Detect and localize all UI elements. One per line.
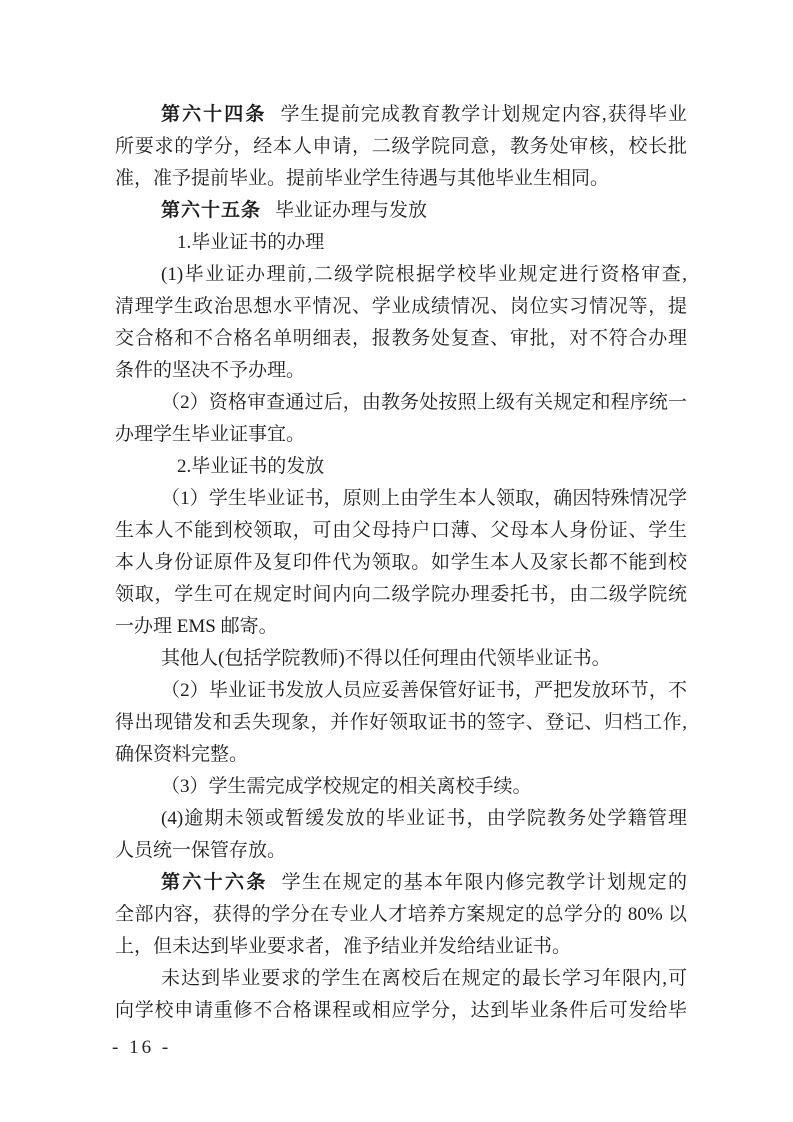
doc-line: 第六十五条毕业证办理与发放 [115, 195, 687, 227]
doc-line: (1)毕业证办理前,二级学院根据学校毕业规定进行资格审查, [115, 259, 687, 291]
doc-line: 条件的坚决不予办理。 [115, 355, 687, 387]
doc-line: 生本人不能到校领取，可由父母持户口薄、父母本人身份证、学生 [115, 515, 687, 547]
doc-line: 全部内容，获得的学分在专业人才培养方案规定的总学分的 80% 以 [115, 899, 687, 931]
article-number: 第六十五条 [161, 200, 261, 221]
doc-line: 1.毕业证书的办理 [115, 227, 687, 259]
doc-line: 准，准予提前毕业。提前毕业学生待遇与其他毕业生相同。 [115, 163, 687, 195]
doc-line: 办理学生毕业证事宜。 [115, 419, 687, 451]
doc-line: 领取，学生可在规定时间内向二级学院办理委托书，由二级学院统 [115, 579, 687, 611]
doc-line: （2）资格审查通过后，由教务处按照上级有关规定和程序统一 [115, 387, 687, 419]
doc-line: 第六十六条学生在规定的基本年限内修完教学计划规定的 [115, 867, 687, 899]
doc-line: 其他人(包括学院教师)不得以任何理由代领毕业证书。 [115, 643, 687, 675]
doc-line: 确保资料完整。 [115, 739, 687, 771]
doc-line: 交合格和不合格名单明细表，报教务处复查、审批，对不符合办理 [115, 323, 687, 355]
doc-line: 人员统一保管存放。 [115, 835, 687, 867]
document-page: 第六十四条学生提前完成教育教学计划规定内容,获得毕业 所要求的学分，经本人申请，… [0, 0, 793, 1122]
doc-line: 第六十四条学生提前完成教育教学计划规定内容,获得毕业 [115, 99, 687, 131]
doc-line: (4)逾期未领或暂缓发放的毕业证书，由学院教务处学籍管理 [115, 803, 687, 835]
article-number: 第六十四条 [161, 104, 266, 125]
doc-line: 一办理 EMS 邮寄。 [115, 611, 687, 643]
doc-line: （2）毕业证书发放人员应妥善保管好证书，严把发放环节，不 [115, 675, 687, 707]
doc-line: 清理学生政治思想水平情况、学业成绩情况、岗位实习情况等，提 [115, 291, 687, 323]
doc-line: 本人身份证原件及复印件代为领取。如学生本人及家长都不能到校 [115, 547, 687, 579]
line-text: 毕业证办理与发放 [275, 200, 427, 221]
page-number: - 16 - [112, 1034, 171, 1062]
doc-line: 所要求的学分，经本人申请，二级学院同意，教务处审核，校长批 [115, 131, 687, 163]
doc-line: 上，但未达到毕业要求者，准予结业并发给结业证书。 [115, 931, 687, 963]
doc-line: 未达到毕业要求的学生在离校后在规定的最长学习年限内,可 [115, 963, 687, 995]
doc-line: （1）学生毕业证书，原则上由学生本人领取，确因特殊情况学 [115, 483, 687, 515]
line-text: 学生提前完成教育教学计划规定内容,获得毕业 [280, 104, 687, 125]
doc-line: （3）学生需完成学校规定的相关离校手续。 [115, 771, 687, 803]
doc-line: 2.毕业证书的发放 [115, 451, 687, 483]
document-body: 第六十四条学生提前完成教育教学计划规定内容,获得毕业 所要求的学分，经本人申请，… [115, 99, 687, 1027]
doc-line: 向学校申请重修不合格课程或相应学分，达到毕业条件后可发给毕 [115, 995, 687, 1027]
doc-line: 得出现错发和丢失现象，并作好领取证书的签字、登记、归档工作, [115, 707, 687, 739]
line-text: 学生在规定的基本年限内修完教学计划规定的 [282, 872, 687, 893]
article-number: 第六十六条 [161, 872, 268, 893]
